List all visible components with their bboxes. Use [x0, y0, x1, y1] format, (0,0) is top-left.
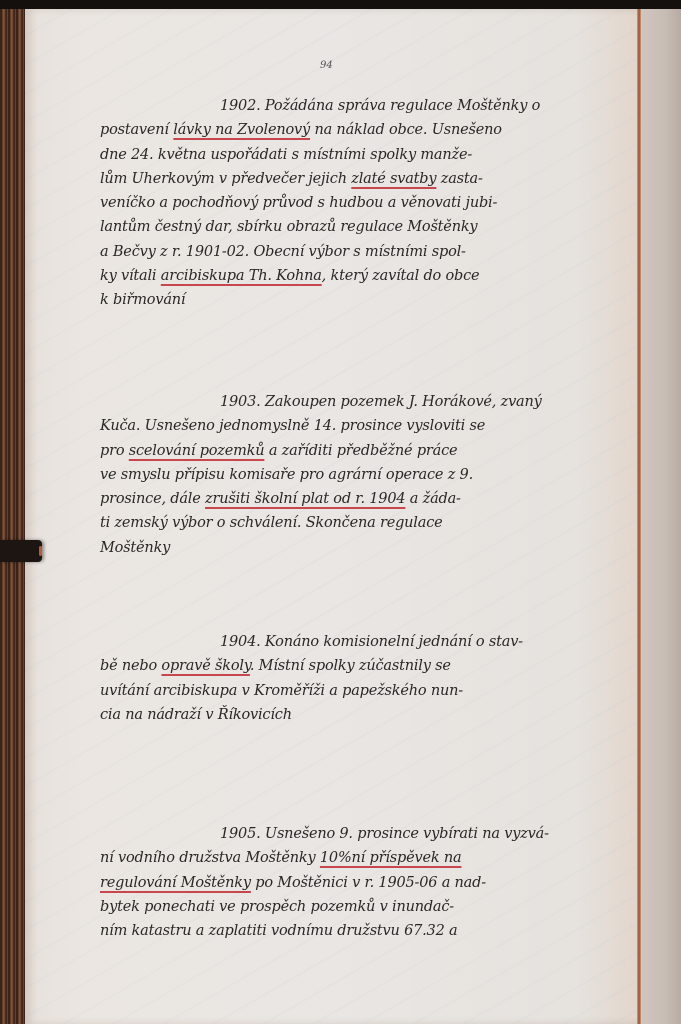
text-fragment: uvítání arcibiskupa v Kroměříži a papežs…: [100, 683, 463, 699]
entry-1902: 1902. Požádána správa regulace Moštěnky …: [100, 94, 620, 313]
text-fragment: Usnešeno 9. prosince vybírati na vyzvá-: [265, 826, 549, 842]
text-fragment: a zaříditi předběžné práce: [264, 443, 457, 459]
text-fragment: Požádána správa regulace Moštěnky o: [265, 98, 540, 114]
entry-1904: 1904. Konáno komisionelní jednání o stav…: [100, 630, 620, 727]
text-line: regulování Moštěnky po Moštěnici v r. 19…: [100, 871, 620, 895]
text-line: lantům čestný dar, sbírku obrazů regulac…: [100, 215, 620, 239]
next-page-edge: [641, 9, 681, 1024]
underlined-phrase: zrušiti školní plat od r. 1904: [205, 491, 405, 507]
entry-year: 1902.: [220, 98, 265, 114]
underlined-phrase: scelování pozemků: [129, 443, 265, 459]
entry-year: 1905.: [220, 826, 265, 842]
underlined-phrase: 10%ní příspěvek na: [320, 850, 462, 866]
text-fragment: na náklad obce. Usnešeno: [310, 122, 502, 138]
text-fragment: ním katastru a zaplatiti vodnímu družstv…: [100, 923, 457, 939]
text-fragment: bě nebo: [100, 658, 161, 674]
text-fragment: cia na nádraží v Říkovicích: [100, 707, 292, 723]
text-fragment: pro: [100, 443, 129, 459]
text-fragment: k biřmování: [100, 292, 185, 308]
text-line: prosince, dále zrušiti školní plat od r.…: [100, 487, 620, 511]
text-line: uvítání arcibiskupa v Kroměříži a papežs…: [100, 679, 620, 703]
text-line: k biřmování: [100, 288, 620, 312]
text-fragment: lantům čestný dar, sbírku obrazů regulac…: [100, 219, 477, 235]
text-line: 1904. Konáno komisionelní jednání o stav…: [100, 630, 620, 654]
page-number: 94: [320, 60, 333, 71]
text-line: Moštěnky: [100, 536, 620, 560]
entry-year: 1903.: [220, 394, 265, 410]
top-shadow: [0, 0, 681, 9]
text-fragment: Moštěnky: [100, 540, 170, 556]
text-fragment: a Bečvy z r. 1901-02. Obecní výbor s mís…: [100, 244, 466, 260]
text-line: 1905. Usnešeno 9. prosince vybírati na v…: [100, 822, 620, 846]
underlined-phrase: arcibiskupa Th. Kohna: [161, 268, 322, 284]
text-fragment: ní vodního družstva Moštěnky: [100, 850, 320, 866]
text-fragment: veníčko a pochodňový průvod s hudbou a v…: [100, 195, 497, 211]
text-fragment: , který zavítal do obce: [322, 268, 480, 284]
text-line: ve smyslu přípisu komisaře pro agrární o…: [100, 463, 620, 487]
text-line: veníčko a pochodňový průvod s hudbou a v…: [100, 191, 620, 215]
entry-1905: 1905. Usnešeno 9. prosince vybírati na v…: [100, 822, 620, 943]
entry-year: 1904.: [220, 634, 265, 650]
text-line: 1902. Požádána správa regulace Moštěnky …: [100, 94, 620, 118]
book-binding: [0, 9, 25, 1024]
text-line: bě nebo opravě školy. Místní spolky zúča…: [100, 654, 620, 678]
text-fragment: ky vítali: [100, 268, 161, 284]
text-line: a Bečvy z r. 1901-02. Obecní výbor s mís…: [100, 240, 620, 264]
text-fragment: dne 24. května uspořádati s místními spo…: [100, 147, 472, 163]
underlined-phrase: regulování Moštěnky: [100, 875, 251, 891]
text-line: dne 24. května uspořádati s místními spo…: [100, 143, 620, 167]
text-fragment: Kuča. Usnešeno jednomyslně 14. prosince …: [100, 418, 485, 434]
text-line: ti zemský výbor o schválení. Skončena re…: [100, 511, 620, 535]
text-line: bytek ponechati ve prospěch pozemků v in…: [100, 895, 620, 919]
underlined-phrase: opravě školy: [161, 658, 249, 674]
text-fragment: Zakoupen pozemek J. Horákové, zvaný: [265, 394, 542, 410]
text-line: ky vítali arcibiskupa Th. Kohna, který z…: [100, 264, 620, 288]
text-line: cia na nádraží v Říkovicích: [100, 703, 620, 727]
text-fragment: Konáno komisionelní jednání o stav-: [265, 634, 523, 650]
text-line: ní vodního družstva Moštěnky 10%ní přísp…: [100, 846, 620, 870]
text-fragment: . Místní spolky zúčastnily se: [250, 658, 451, 674]
text-fragment: ve smyslu přípisu komisaře pro agrární o…: [100, 467, 473, 483]
text-fragment: zasta-: [436, 171, 482, 187]
text-line: Kuča. Usnešeno jednomyslně 14. prosince …: [100, 414, 620, 438]
text-fragment: ti zemský výbor o schválení. Skončena re…: [100, 515, 443, 531]
entry-1903: 1903. Zakoupen pozemek J. Horákové, zvan…: [100, 390, 620, 560]
text-fragment: bytek ponechati ve prospěch pozemků v in…: [100, 899, 454, 915]
text-fragment: po Moštěnici v r. 1905-06 a nad-: [251, 875, 486, 891]
underlined-phrase: lávky na Zvolenový: [173, 122, 310, 138]
text-line: lům Uherkovým v předvečer jejich zlaté s…: [100, 167, 620, 191]
underlined-phrase: zlaté svatby: [351, 171, 436, 187]
text-line: pro scelování pozemků a zaříditi předběž…: [100, 439, 620, 463]
binding-clip: [0, 540, 42, 562]
text-line: postavení lávky na Zvolenový na náklad o…: [100, 118, 620, 142]
text-line: ním katastru a zaplatiti vodnímu družstv…: [100, 919, 620, 943]
text-fragment: postavení: [100, 122, 173, 138]
text-line: 1903. Zakoupen pozemek J. Horákové, zvan…: [100, 390, 620, 414]
text-fragment: prosince, dále: [100, 491, 205, 507]
text-fragment: a žáda-: [405, 491, 460, 507]
text-fragment: lům Uherkovým v předvečer jejich: [100, 171, 351, 187]
